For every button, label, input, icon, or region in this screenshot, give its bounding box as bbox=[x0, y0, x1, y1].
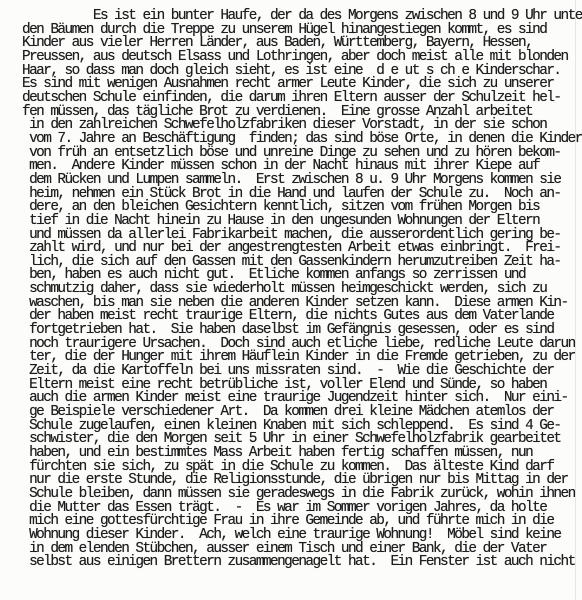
typewritten-text: Es ist ein bunter Haufe, der da des Morg… bbox=[22, 10, 578, 570]
text-line: selbst aus einigen Brettern zusammengena… bbox=[22, 556, 578, 570]
document-page: Es ist ein bunter Haufe, der da des Morg… bbox=[0, 0, 582, 600]
